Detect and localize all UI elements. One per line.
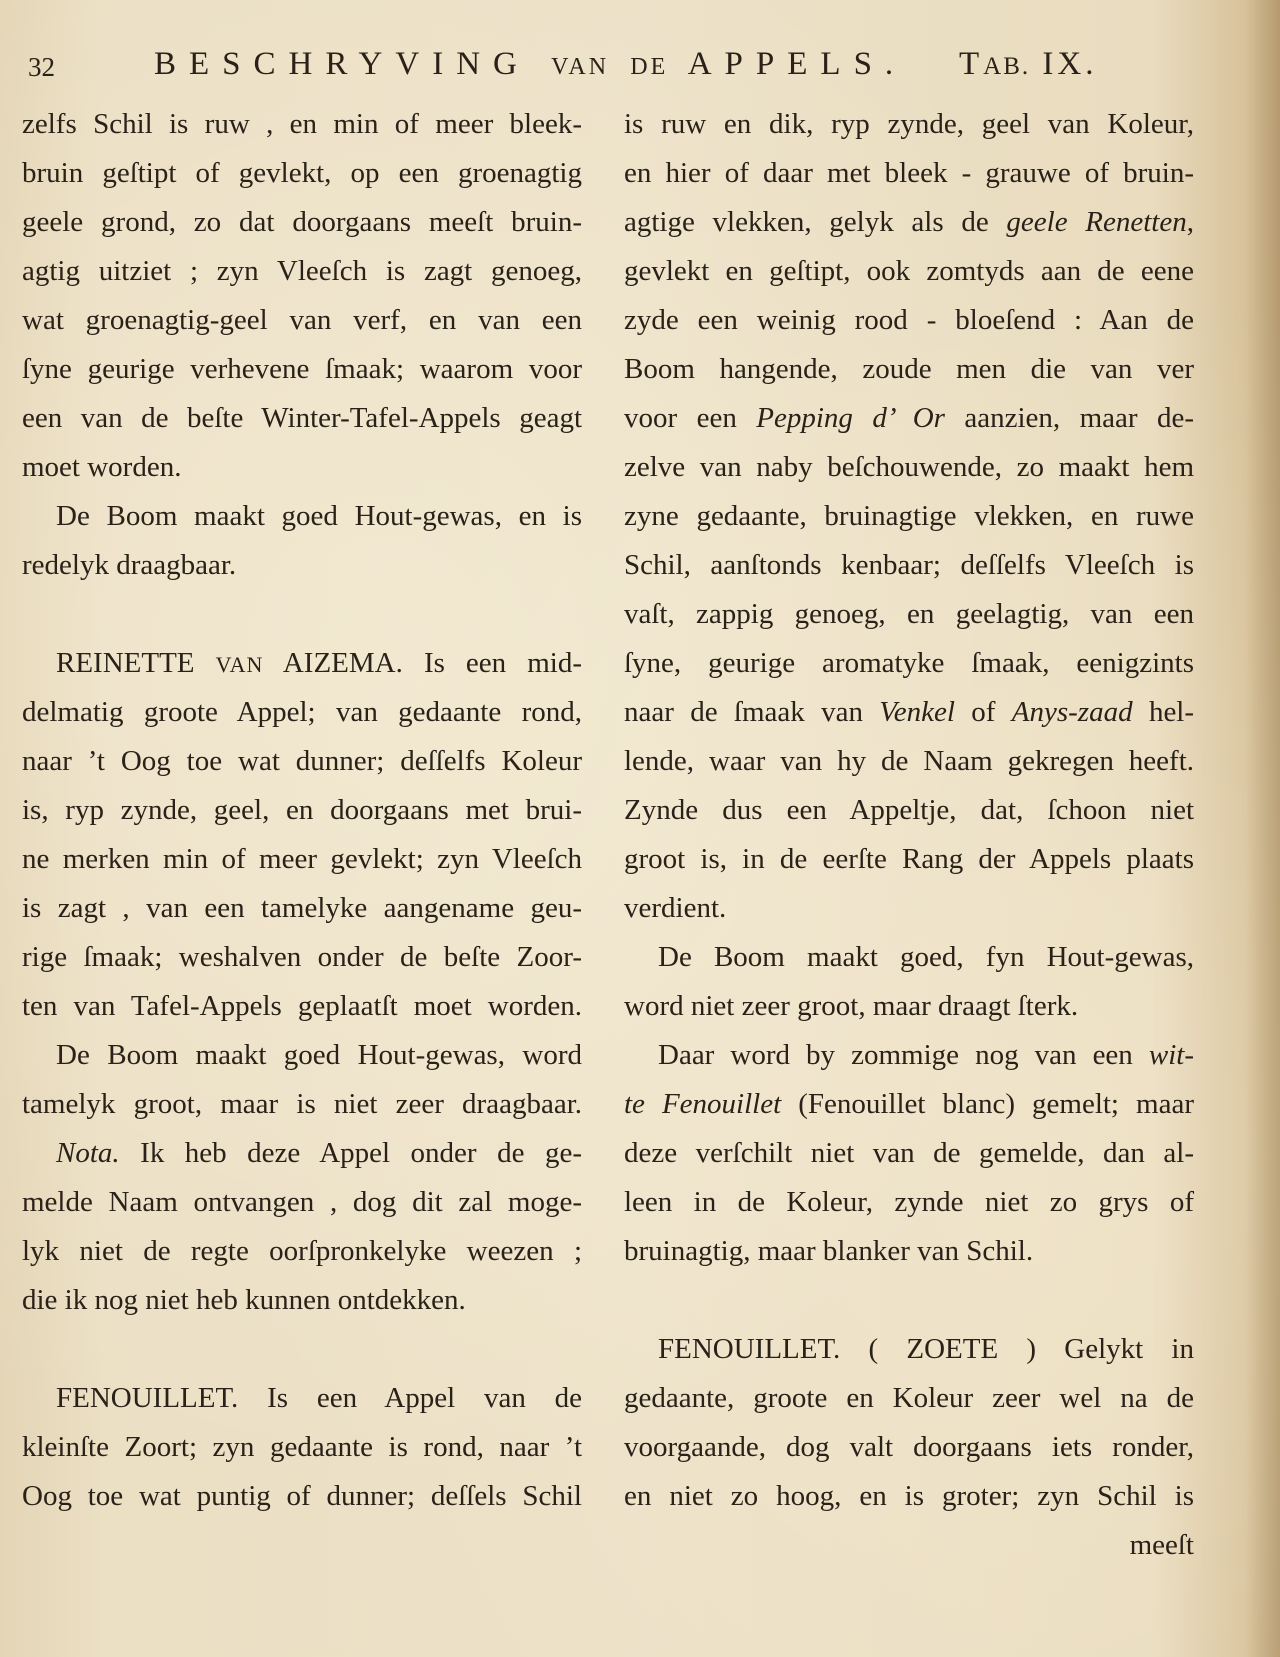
- text-line: melde Naam ontvangen , dog dit zal moge-: [22, 1178, 582, 1227]
- reinette-heading: REINETTE VAN AIZEMA.: [56, 647, 403, 679]
- text-line: bruinagtig, maar blanker van Schil.: [624, 1227, 1194, 1276]
- text-fragment: naar de ſmaak van: [624, 696, 863, 728]
- text-line: agtig uitziet ; zyn Vleeſch is zagt geno…: [22, 247, 582, 296]
- text-line: ten van Tafel-Appels geplaatſt moet word…: [22, 982, 582, 1031]
- text-line: tamelyk groot, maar is niet zeer draagba…: [22, 1080, 582, 1129]
- text-line: is ruw en dik, ryp zynde, geel van Koleu…: [624, 100, 1194, 149]
- tab-number: IX.: [1042, 46, 1097, 82]
- text-line: zyde een weinig rood - bloeſend : Aan de: [624, 296, 1194, 345]
- text-line: agtige vlekken, gelyk als de geele Renet…: [624, 198, 1194, 247]
- text-line: lende, waar van hy de Naam gekregen heef…: [624, 737, 1194, 786]
- text-line: wat groenagtig-geel van verf, en van een: [22, 296, 582, 345]
- text-line: De Boom maakt goed Hout-gewas, en is: [22, 492, 582, 541]
- right-column: is ruw en dik, ryp zynde, geel van Koleu…: [624, 100, 1194, 1570]
- text-line: voor een Pepping d’ Or aanzien, maar de-: [624, 394, 1194, 443]
- text-line: Boom hangende, zoude men die van ver: [624, 345, 1194, 394]
- text-line: De Boom maakt goed, fyn Hout-gewas,: [624, 933, 1194, 982]
- text-fragment: Ik heb deze Appel onder de ge-: [140, 1137, 582, 1169]
- zoete-heading: FENOUILLET. ( ZOETE ): [658, 1333, 1036, 1365]
- text-line: zyne gedaante, bruinagtige vlekken, en r…: [624, 492, 1194, 541]
- italic-term: te Fenouillet: [624, 1088, 781, 1120]
- text-line: en niet zo hoog, en is groter; zyn Schil…: [624, 1472, 1194, 1521]
- text-line: leen in de Koleur, zynde niet zo grys of: [624, 1178, 1194, 1227]
- running-title: BESCHRYVING VAN DE APPELS.: [154, 46, 906, 83]
- text-line: moet worden.: [22, 443, 582, 492]
- italic-term: Pepping d’ Or: [756, 402, 945, 434]
- text-line: Daar word by zommige nog van een wit-: [624, 1031, 1194, 1080]
- text-line: naar de ſmaak van Venkel of Anys-zaad he…: [624, 688, 1194, 737]
- text-fragment: Is een mid-: [424, 647, 582, 679]
- text-line: vaſt, zappig genoeg, en geelagtig, van e…: [624, 590, 1194, 639]
- text-line: te Fenouillet (Fenouillet blanc) gemelt;…: [624, 1080, 1194, 1129]
- text-line: Schil, aanſtonds kenbaar; deſſelfs Vleeſ…: [624, 541, 1194, 590]
- zoete-heading-line: FENOUILLET. ( ZOETE ) Gelykt in: [624, 1325, 1194, 1374]
- running-head: 32 BESCHRYVING VAN DE APPELS. TAB. IX.: [24, 46, 1204, 90]
- text-line: word niet zeer groot, maar draagt ſterk.: [624, 982, 1194, 1031]
- text-line: verdient.: [624, 884, 1194, 933]
- text-line: ne merken min of meer gevlekt; zyn Vleeſ…: [22, 835, 582, 884]
- italic-term: geele Renetten: [1006, 206, 1186, 238]
- tab-prefix: T: [959, 46, 983, 82]
- left-column: zelfs Schil is ruw , en min of meer blee…: [22, 100, 582, 1521]
- italic-term: Anys-zaad: [1012, 696, 1133, 728]
- italic-term: Venkel: [879, 696, 955, 728]
- italic-term: wit-: [1149, 1039, 1194, 1071]
- title-word: APPELS.: [688, 46, 906, 82]
- nota-label: Nota.: [56, 1137, 120, 1169]
- fenouillet-heading: FENOUILLET.: [56, 1382, 238, 1414]
- text-line: deze verſchilt niet van de gemelde, dan …: [624, 1129, 1194, 1178]
- text-fragment: Daar word by zommige nog van een: [658, 1039, 1133, 1071]
- heading-word: VAN: [216, 652, 264, 677]
- tab-abbrev: AB.: [983, 53, 1030, 80]
- heading-word: AIZEMA.: [283, 647, 403, 679]
- text-line: een van de beſte Winter-Tafel-Appels gea…: [22, 394, 582, 443]
- section-gap: [624, 1276, 1194, 1325]
- page-edge-shadow: [1246, 0, 1280, 1657]
- text-fragment: Is een Appel van de: [267, 1382, 582, 1414]
- text-line: voorgaande, dog valt doorgaans iets rond…: [624, 1423, 1194, 1472]
- text-fragment: agtige vlekken, gelyk als de: [624, 206, 989, 238]
- text-fragment: aanzien, maar de-: [964, 402, 1194, 434]
- text-line: redelyk draagbaar.: [22, 541, 582, 590]
- text-line: ſyne geurige verhevene ſmaak; waarom voo…: [22, 345, 582, 394]
- heading-word: REINETTE: [56, 647, 195, 679]
- plate-reference: TAB. IX.: [959, 46, 1097, 83]
- catchword: meeſt: [624, 1521, 1194, 1570]
- text-line: delmatig groote Appel; van gedaante rond…: [22, 688, 582, 737]
- text-line: is, ryp zynde, geel, en doorgaans met br…: [22, 786, 582, 835]
- nota-line: Nota. Ik heb deze Appel onder de ge-: [22, 1129, 582, 1178]
- text-line: groot is, in de eerſte Rang der Appels p…: [624, 835, 1194, 884]
- text-line: en hier of daar met bleek - grauwe of br…: [624, 149, 1194, 198]
- fenouillet-heading-line: FENOUILLET. Is een Appel van de: [22, 1374, 582, 1423]
- text-line: die ik nog niet heb kunnen ontdekken.: [22, 1276, 582, 1325]
- text-line: Zynde dus een Appeltje, dat, ſchoon niet: [624, 786, 1194, 835]
- text-fragment: (Fenouillet blanc) gemelt; maar: [798, 1088, 1194, 1120]
- text-line: Oog toe wat puntig of dunner; deſſels Sc…: [22, 1472, 582, 1521]
- text-line: ſyne, geurige aromatyke ſmaak, eenigzint…: [624, 639, 1194, 688]
- text-line: kleinſte Zoort; zyn gedaante is rond, na…: [22, 1423, 582, 1472]
- text-fragment: Gelykt in: [1064, 1333, 1194, 1365]
- text-fragment: voor een: [624, 402, 737, 434]
- text-line: gevlekt en geſtipt, ook zomtyds aan de e…: [624, 247, 1194, 296]
- text-line: rige ſmaak; weshalven onder de beſte Zoo…: [22, 933, 582, 982]
- text-line: geele grond, zo dat doorgaans meeſt brui…: [22, 198, 582, 247]
- text-line: bruin geſtipt of gevlekt, op een groenag…: [22, 149, 582, 198]
- text-line: De Boom maakt goed Hout-gewas, word: [22, 1031, 582, 1080]
- page-number: 32: [28, 52, 55, 83]
- text-line: lyk niet de regte oorſpronkelyke weezen …: [22, 1227, 582, 1276]
- text-fragment: ,: [1187, 206, 1194, 238]
- text-line: zelfs Schil is ruw , en min of meer blee…: [22, 100, 582, 149]
- book-page: 32 BESCHRYVING VAN DE APPELS. TAB. IX. z…: [0, 0, 1280, 1657]
- text-line: is zagt , van een tamelyke aangename geu…: [22, 884, 582, 933]
- text-line: gedaante, groote en Koleur zeer wel na d…: [624, 1374, 1194, 1423]
- section-gap: [22, 590, 582, 639]
- title-word: VAN: [551, 54, 609, 80]
- text-fragment: hel-: [1149, 696, 1194, 728]
- title-word: BESCHRYVING: [154, 46, 530, 82]
- reinette-heading-line: REINETTE VAN AIZEMA. Is een mid-: [22, 639, 582, 688]
- text-line: zelve van naby beſchouwende, zo maakt he…: [624, 443, 1194, 492]
- title-word: DE: [630, 54, 668, 80]
- section-gap: [22, 1325, 582, 1374]
- text-line: naar ’t Oog toe wat dunner; deſſelfs Kol…: [22, 737, 582, 786]
- text-fragment: of: [971, 696, 995, 728]
